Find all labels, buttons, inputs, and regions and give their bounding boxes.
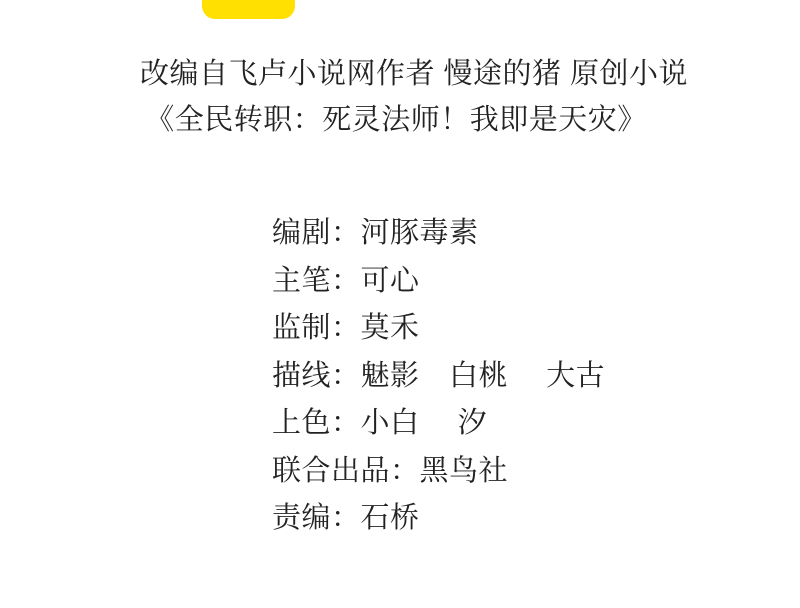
adaptation-source-line: 改编自飞卢小说网作者 慢途的猪 原创小说 [14,56,800,92]
credit-line: 监制：莫禾 [272,305,605,353]
credit-role: 主笔： [272,265,361,297]
credit-role: 监制： [272,312,361,344]
yellow-tab [202,0,295,19]
credit-names: 黑鸟社 [420,455,509,487]
credit-role: 编剧： [272,217,361,249]
credits-list: 编剧：河豚毒素 主笔：可心 监制：莫禾 描线：魅影 白桃 大古 上色：小白 汐 … [272,210,605,543]
credit-line: 责编：石桥 [272,495,605,543]
credit-line: 上色：小白 汐 [272,400,605,448]
credit-names: 石桥 [361,502,420,534]
credit-role: 责编： [272,502,361,534]
credit-line: 编剧：河豚毒素 [272,210,605,258]
credit-names: 可心 [361,265,420,297]
credit-line: 描线：魅影 白桃 大古 [272,353,605,401]
credits-page: 改编自飞卢小说网作者 慢途的猪 原创小说 《全民转职：死灵法师！我即是天灾》 编… [0,0,800,608]
credit-names: 河豚毒素 [361,217,479,249]
novel-title-line: 《全民转职：死灵法师！我即是天灾》 [0,102,796,138]
credit-line: 主笔：可心 [272,258,605,306]
credit-line: 联合出品：黑鸟社 [272,448,605,496]
credit-role: 上色： [272,407,361,439]
credit-role: 描线： [272,360,361,392]
credit-names: 魅影 白桃 大古 [361,360,606,392]
credit-role: 联合出品： [272,455,420,487]
credit-names: 莫禾 [361,312,420,344]
credit-names: 小白 汐 [361,407,488,439]
